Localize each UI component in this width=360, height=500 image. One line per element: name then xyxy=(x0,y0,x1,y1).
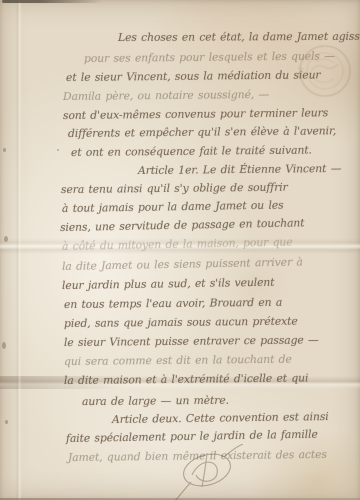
manuscript-line: aura de large — un mètre. xyxy=(82,394,229,408)
manuscript-line: différents et empêcher qu'il s'en élève … xyxy=(68,124,336,140)
manuscript-line: Article 1er. Le dit Étienne Vincent — xyxy=(138,162,341,177)
fold-crease-vertical xyxy=(15,0,22,500)
ink-speck xyxy=(2,342,6,349)
manuscript-line: pied, sans que jamais sous aucun prétext… xyxy=(64,315,298,330)
manuscript-line: en tous temps l'eau avoir, Brouard en a xyxy=(64,296,282,311)
ink-speck xyxy=(57,149,59,151)
manuscript-line: leur jardin plus au sud, et s'ils veulen… xyxy=(62,276,275,292)
manuscript-line: et le sieur Vincent, sous la médiation d… xyxy=(66,68,321,84)
manuscript-line: Les choses en cet état, la dame Jamet ag… xyxy=(118,30,360,44)
ink-speck xyxy=(4,236,8,242)
manuscript-line: sera tenu ainsi qu'il s'y oblige de souf… xyxy=(61,181,288,196)
ink-speck xyxy=(3,148,6,152)
manuscript-line: la dite maison et à l'extrémité d'icelle… xyxy=(64,371,308,387)
manuscript-line: sont d'eux-mêmes convenus pour terminer … xyxy=(63,106,328,122)
manuscript-line: faite spécialement pour le jardin de la … xyxy=(66,428,318,445)
ink-speck xyxy=(5,420,8,424)
manuscript-line: pour ses enfants pour lesquels et les qu… xyxy=(84,49,335,65)
manuscript-line: et ont en conséquence fait le traité sui… xyxy=(71,143,312,159)
manuscript-line: à tout jamais pour la dame Jamet ou les xyxy=(62,199,284,215)
notary-paraph xyxy=(172,444,244,500)
scan-edge-artifact xyxy=(2,0,102,3)
manuscript-line: le sieur Vincent puisse entraver ce pass… xyxy=(64,333,319,349)
manuscript-line: qui sera comme est dit en la touchant de xyxy=(64,353,292,368)
manuscript-page: Les choses en cet état, la dame Jamet ag… xyxy=(0,0,360,500)
manuscript-line: Damila père, ou notaire soussigné, — xyxy=(63,88,269,103)
manuscript-line: à côté du mitoyen de la maison, pour que xyxy=(62,236,293,253)
manuscript-line: siens, une servitude de passage en touch… xyxy=(60,216,305,234)
manuscript-line: la dite Jamet ou les siens puissent arri… xyxy=(62,255,303,273)
manuscript-line: Article deux. Cette convention est ainsi xyxy=(112,410,329,426)
